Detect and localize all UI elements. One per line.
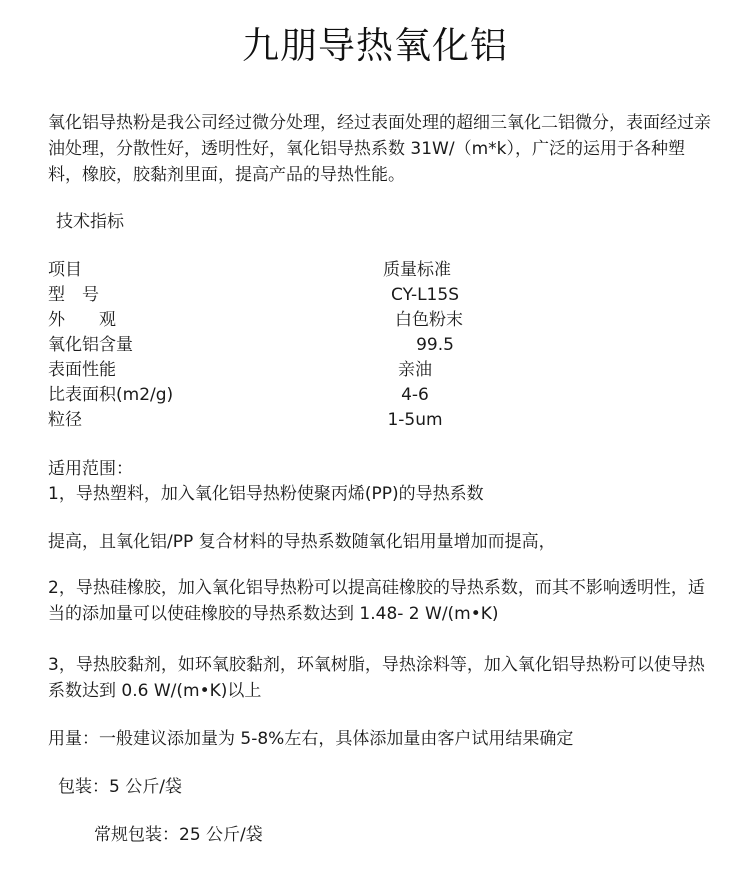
application-item-2: 2，导热硅橡胶，加入氧化铝导热粉可以提高硅橡胶的导热系数，而其不影响透明性，适当… [48,575,718,627]
spec-row-label: 表面性能 [48,358,116,382]
spec-row-value: CY-L15S [360,283,490,307]
packaging-text: 包装：5 公斤/袋 [58,775,182,799]
spec-header-item: 项目 [48,258,82,282]
spec-row-value: 4-6 [350,383,480,407]
spec-row-label: 比表面积(m2/g) [48,383,173,407]
tech-heading: 技术指标 [56,210,124,234]
dosage-text: 用量：一般建议添加量为 5-8%左右，具体添加量由客户试用结果确定 [48,727,573,751]
regular-packaging-text: 常规包装：25 公斤/袋 [94,823,263,847]
intro-paragraph: 氧化铝导热粉是我公司经过微分处理，经过表面处理的超细三氧化二铝微分，表面经过亲油… [48,110,718,188]
spec-row-label: 外 观 [48,308,116,332]
application-item-1-continued: 提高，且氧化铝/PP 复合材料的导热系数随氧化铝用量增加而提高， [48,530,556,554]
application-heading: 适用范围： [48,457,133,481]
application-item-3: 3，导热胶黏剂，如环氧胶黏剂，环氧树脂，导热涂料等，加入氧化铝导热粉可以使导热系… [48,652,718,704]
spec-row-value: 亲油 [350,358,480,382]
spec-row-value: 1-5um [350,408,480,432]
application-item-1: 1，导热塑料，加入氧化铝导热粉使聚丙烯(PP)的导热系数 [48,482,484,506]
spec-row-value: 白色粉末 [364,308,494,332]
spec-row-value: 99.5 [370,333,500,357]
spec-row-label: 粒径 [48,408,82,432]
page-title: 九朋导热氧化铝 [0,18,750,74]
spec-row-label: 氧化铝含量 [48,333,133,357]
spec-header-standard: 质量标准 [352,258,482,282]
spec-row-label: 型 号 [48,283,99,307]
